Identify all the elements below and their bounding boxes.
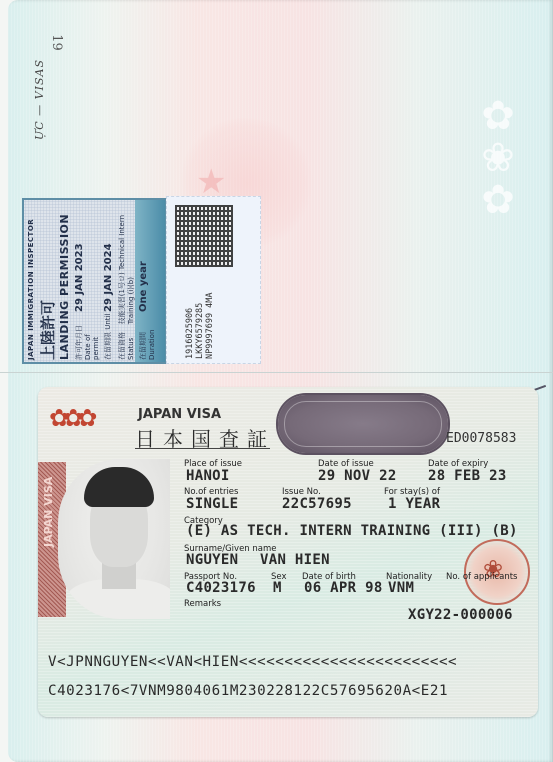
- given-name: VAN HIEN: [260, 552, 330, 568]
- visa-number: ED0078583: [446, 431, 516, 446]
- permit-date: 29 JAN 2023: [74, 243, 100, 312]
- title-underline: [135, 448, 270, 449]
- section-label: ỰC — VISAS: [33, 59, 46, 140]
- status-value: 技能実習(1号ロ) Technical Intern Training (i)(…: [117, 206, 135, 324]
- page-fold-line: [0, 372, 553, 373]
- date-of-expiry: 28 FEB 23: [428, 468, 507, 484]
- issue-no: 22C57695: [282, 496, 352, 512]
- until-date: 29 JAN 2024: [103, 243, 114, 312]
- japan-visa-sticker: ✿✿✿ JAPAN VISA 日本国査証 ED0078583 JAPAN VIS…: [38, 387, 538, 717]
- passport-no: C4023176: [186, 580, 256, 596]
- visa-title-en: JAPAN VISA: [138, 407, 221, 422]
- permit-date-label: 許可年月日 Date of permit: [74, 312, 100, 360]
- surname: NGUYEN: [186, 552, 238, 568]
- side-text: JAPAN VISA: [42, 477, 55, 547]
- sticker-line: 1916025906: [185, 292, 195, 359]
- page-number: 19: [49, 34, 64, 51]
- sticker-line: NP9997699 4MA: [205, 292, 215, 359]
- qr-sticker: 1916025906 LKKY6579285 NP9997699 4MA: [166, 196, 261, 364]
- nationality: VNM: [388, 580, 414, 596]
- cherry-blossom-icon: ✿✿✿: [49, 404, 91, 432]
- landing-permission-stamp: JAPAN IMMIGRATION INSPECTOR 上陸許可 LANDING…: [22, 198, 167, 364]
- duration-value: One year: [138, 261, 156, 312]
- date-of-birth: 06 APR 98: [304, 580, 383, 596]
- date-of-issue: 29 NOV 22: [318, 468, 397, 484]
- stamp-title-jp: 上陸許可: [37, 206, 58, 360]
- category: (E) AS TECH. INTERN TRAINING (III) (B): [186, 523, 518, 539]
- mrz-line-2: C4023176<7VNM9804061M230228122C57695620A…: [48, 683, 448, 699]
- until-label: 在留期限 Until: [103, 312, 114, 360]
- holder-photo: [58, 459, 170, 619]
- security-guilloche: [278, 395, 448, 453]
- cloud-motif-watermark: ✿❀✿: [468, 95, 528, 265]
- applicants-label: No. of applicants: [446, 572, 517, 582]
- stamp-title-en: LANDING PERMISSION: [58, 206, 71, 360]
- sex: M: [273, 580, 282, 596]
- stay: 1 YEAR: [388, 496, 440, 512]
- status-label: 在留資格 Status: [117, 324, 135, 360]
- duration-label: 在留期間 Duration: [138, 312, 156, 360]
- remarks-label: Remarks: [184, 599, 221, 609]
- entries: SINGLE: [186, 496, 238, 512]
- stamp-header: JAPAN IMMIGRATION INSPECTOR: [27, 206, 35, 360]
- qr-code-icon: [175, 205, 233, 267]
- sticker-line: LKKY6579285: [195, 292, 205, 359]
- mrz-line-1: V<JPNNGUYEN<<VAN<HIEN<<<<<<<<<<<<<<<<<<<…: [48, 654, 457, 670]
- remarks: XGY22-000006: [408, 607, 513, 623]
- place-of-issue: HANOI: [186, 468, 230, 484]
